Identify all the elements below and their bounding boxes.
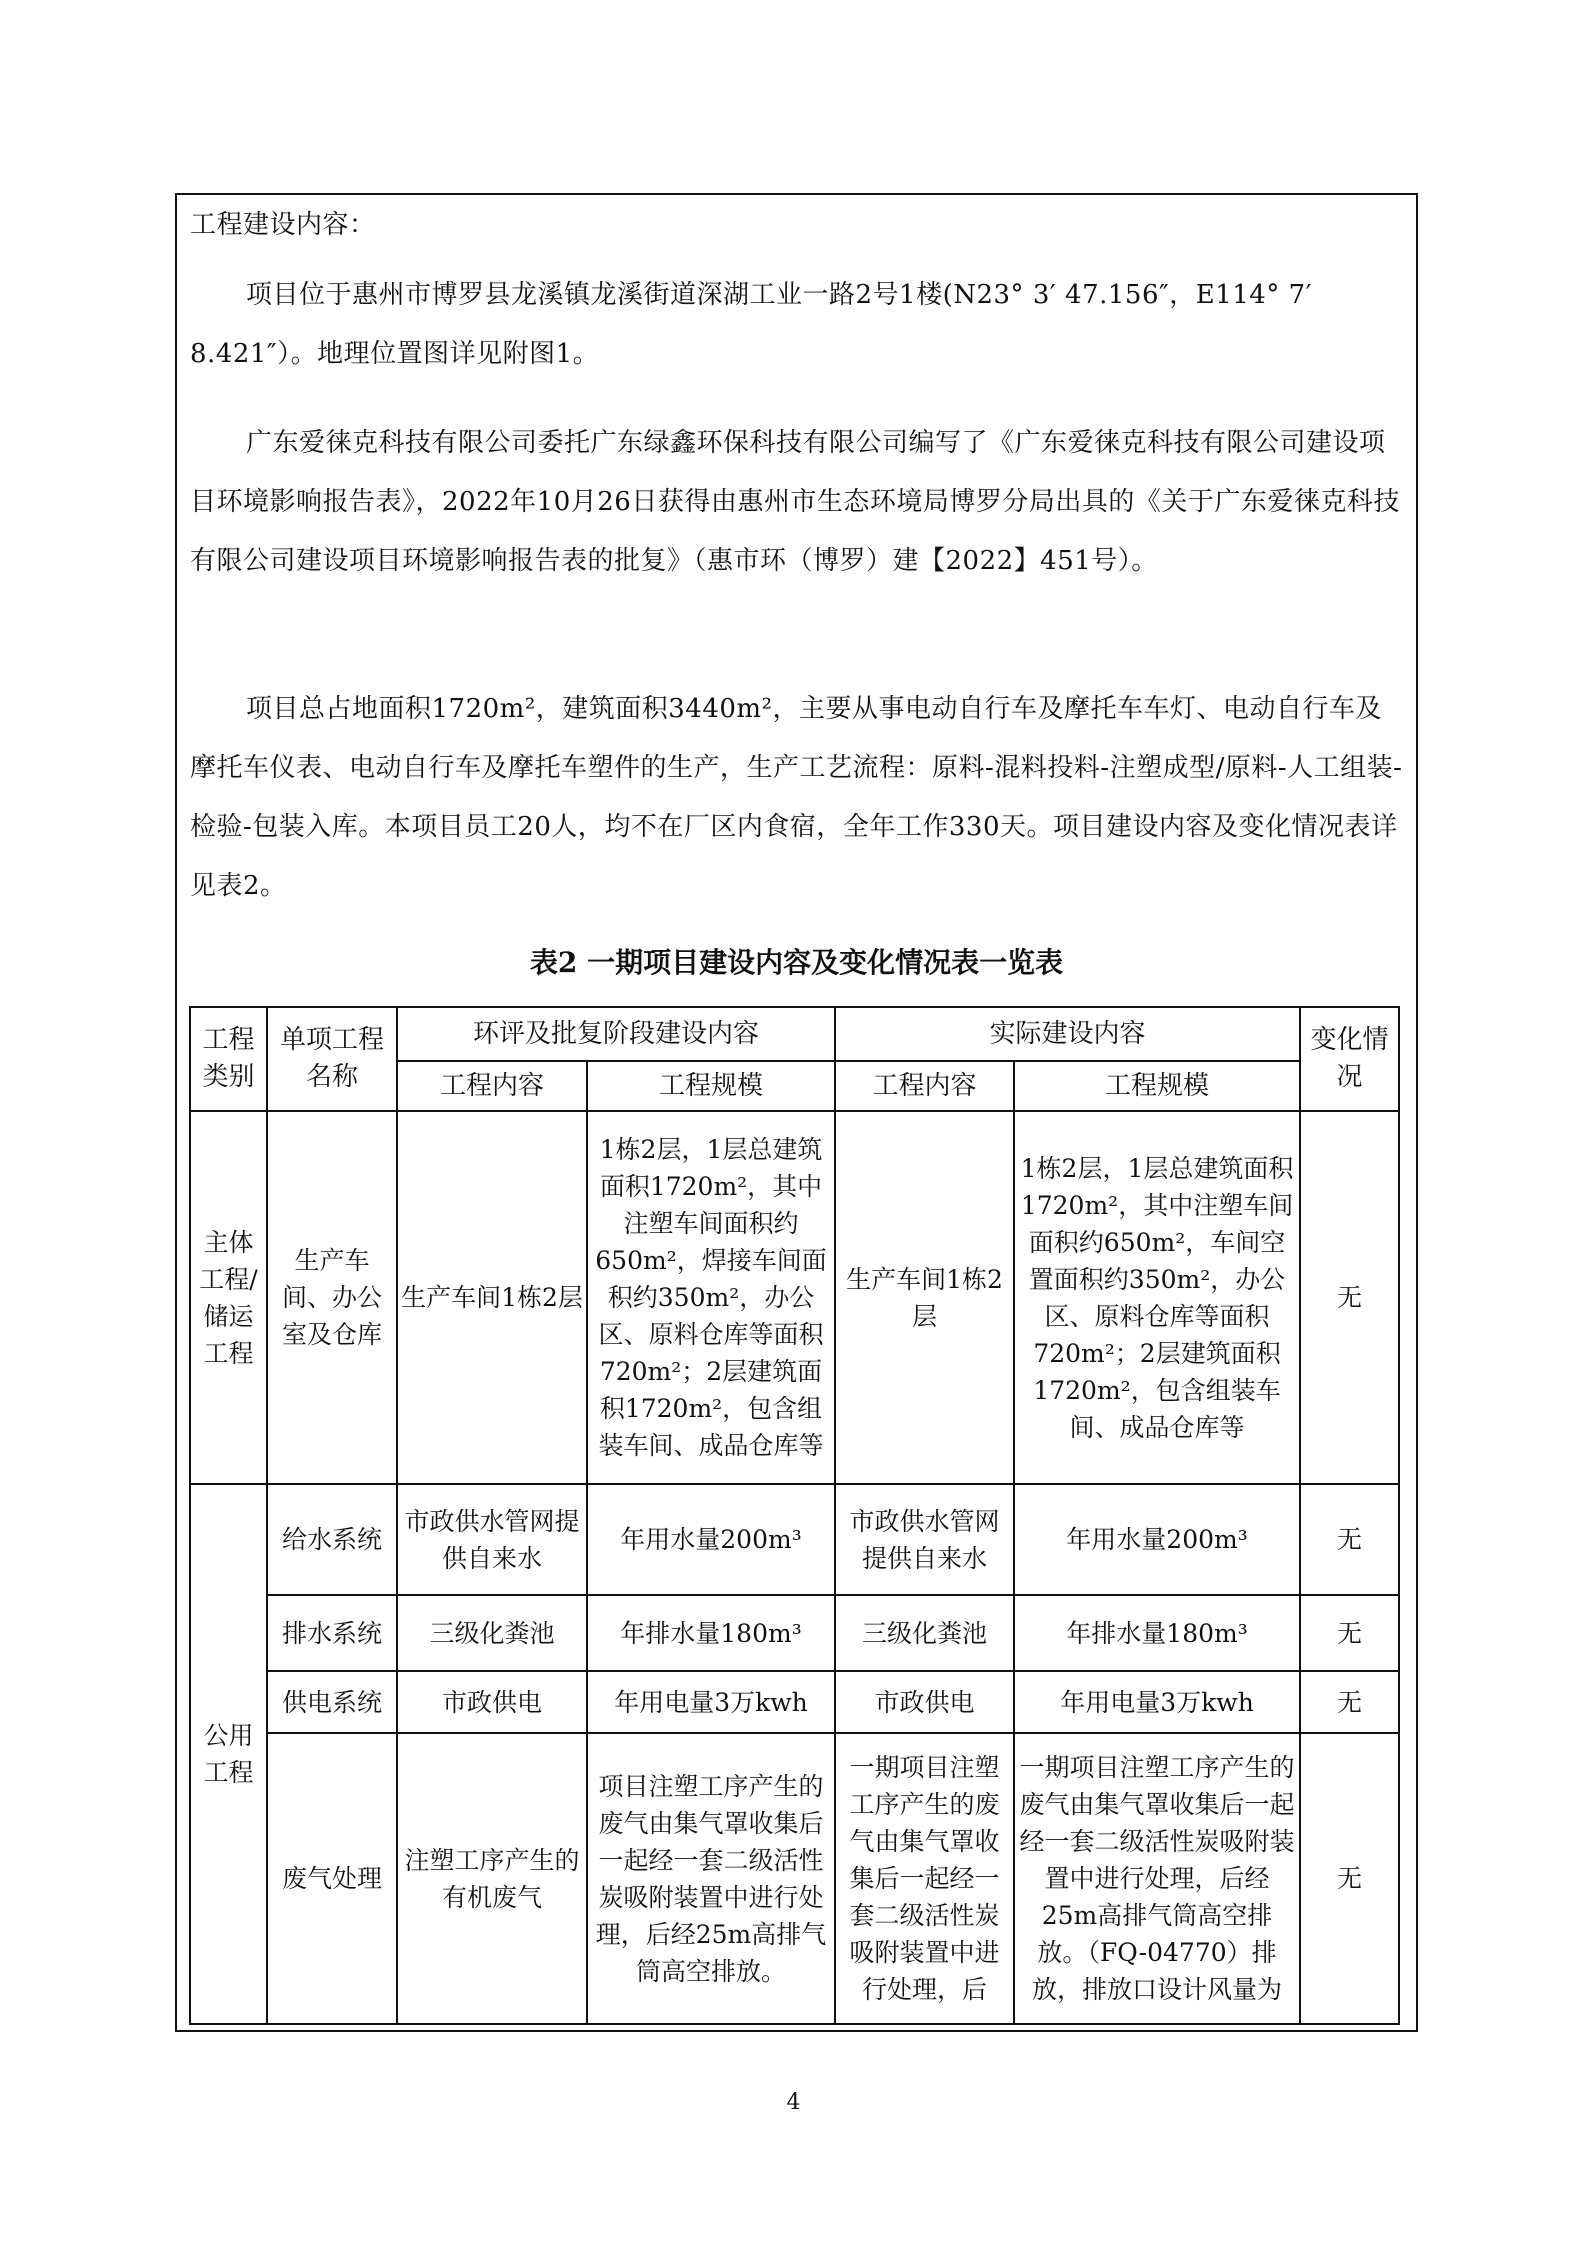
cell-actual-scale: 一期项目注塑工序产生的废气由集气罩收集后一起经一套二级活性炭吸附装置中进行处理，… — [1014, 1733, 1300, 2024]
cell-change: 无 — [1300, 1484, 1399, 1595]
table-caption: 表2 一期项目建设内容及变化情况表一览表 — [175, 943, 1418, 983]
cell-actual-scale: 年用水量200m³ — [1014, 1484, 1300, 1595]
cell-item: 排水系统 — [267, 1595, 397, 1671]
cell-change: 无 — [1300, 1733, 1399, 2024]
header-eia-scale: 工程规模 — [587, 1061, 835, 1111]
cell-eia-scale: 年用电量3万kwh — [587, 1671, 835, 1733]
cell-eia-scale: 年排水量180m³ — [587, 1595, 835, 1671]
cell-actual-content: 市政供水管网提供自来水 — [835, 1484, 1014, 1595]
cell-eia-content: 市政供电 — [397, 1671, 587, 1733]
cell-item: 生产车间、办公室及仓库 — [267, 1111, 397, 1484]
cell-actual-content: 三级化粪池 — [835, 1595, 1014, 1671]
cell-eia-content: 注塑工序产生的有机废气 — [397, 1733, 587, 2024]
header-actual-scale: 工程规模 — [1014, 1061, 1300, 1111]
cell-category: 主体工程/储运工程 — [190, 1111, 267, 1484]
section-heading: 工程建设内容： — [190, 196, 1405, 255]
cell-actual-scale: 1栋2层，1层总建筑面积1720m²，其中注塑车间面积约650m²，车间空置面积… — [1014, 1111, 1300, 1484]
cell-category: 公用工程 — [190, 1484, 267, 2024]
header-eia-content: 工程内容 — [397, 1061, 587, 1111]
header-category: 工程类别 — [190, 1007, 267, 1111]
cell-change: 无 — [1300, 1595, 1399, 1671]
cell-change: 无 — [1300, 1671, 1399, 1733]
table-row: 排水系统 三级化粪池 年排水量180m³ 三级化粪池 年排水量180m³ 无 — [190, 1595, 1399, 1671]
cell-actual-content: 生产车间1栋2层 — [835, 1111, 1014, 1484]
cell-change: 无 — [1300, 1111, 1399, 1484]
cell-eia-content: 市政供水管网提供自来水 — [397, 1484, 587, 1595]
cell-actual-scale: 年排水量180m³ — [1014, 1595, 1300, 1671]
cell-actual-content: 市政供电 — [835, 1671, 1014, 1733]
paragraph-location: 项目位于惠州市博罗县龙溪镇龙溪街道深湖工业一路2号1楼(N23° 3′ 47.1… — [190, 266, 1405, 384]
cell-eia-scale: 年用水量200m³ — [587, 1484, 835, 1595]
header-actual-group: 实际建设内容 — [835, 1007, 1300, 1061]
cell-item: 给水系统 — [267, 1484, 397, 1595]
table-row: 供电系统 市政供电 年用电量3万kwh 市政供电 年用电量3万kwh 无 — [190, 1671, 1399, 1733]
header-item-name: 单项工程名称 — [267, 1007, 397, 1111]
cell-eia-content: 生产车间1栋2层 — [397, 1111, 587, 1484]
cell-actual-scale: 年用电量3万kwh — [1014, 1671, 1300, 1733]
cell-eia-scale: 项目注塑工序产生的废气由集气罩收集后一起经一套二级活性炭吸附装置中进行处理，后经… — [587, 1733, 835, 2024]
cell-actual-content: 一期项目注塑工序产生的废气由集气罩收集后一起经一套二级活性炭吸附装置中进行处理，… — [835, 1733, 1014, 2024]
cell-item: 废气处理 — [267, 1733, 397, 2024]
header-actual-content: 工程内容 — [835, 1061, 1014, 1111]
page-number: 4 — [0, 2090, 1587, 2115]
paragraph-approval: 广东爱徕克科技有限公司委托广东绿鑫环保科技有限公司编写了《广东爱徕克科技有限公司… — [190, 414, 1405, 591]
paragraph-project-overview: 项目总占地面积1720m²，建筑面积3440m²，主要从事电动自行车及摩托车车灯… — [190, 680, 1405, 916]
header-change: 变化情况 — [1300, 1007, 1399, 1111]
construction-content-table: 工程类别 单项工程名称 环评及批复阶段建设内容 实际建设内容 变化情况 工程内容… — [189, 1006, 1400, 2025]
cell-eia-content: 三级化粪池 — [397, 1595, 587, 1671]
table-row: 废气处理 注塑工序产生的有机废气 项目注塑工序产生的废气由集气罩收集后一起经一套… — [190, 1733, 1399, 2024]
cell-item: 供电系统 — [267, 1671, 397, 1733]
cell-eia-scale: 1栋2层，1层总建筑面积1720m²，其中注塑车间面积约650m²，焊接车间面积… — [587, 1111, 835, 1484]
header-eia-group: 环评及批复阶段建设内容 — [397, 1007, 835, 1061]
table-row: 公用工程 给水系统 市政供水管网提供自来水 年用水量200m³ 市政供水管网提供… — [190, 1484, 1399, 1595]
table-row: 主体工程/储运工程 生产车间、办公室及仓库 生产车间1栋2层 1栋2层，1层总建… — [190, 1111, 1399, 1484]
